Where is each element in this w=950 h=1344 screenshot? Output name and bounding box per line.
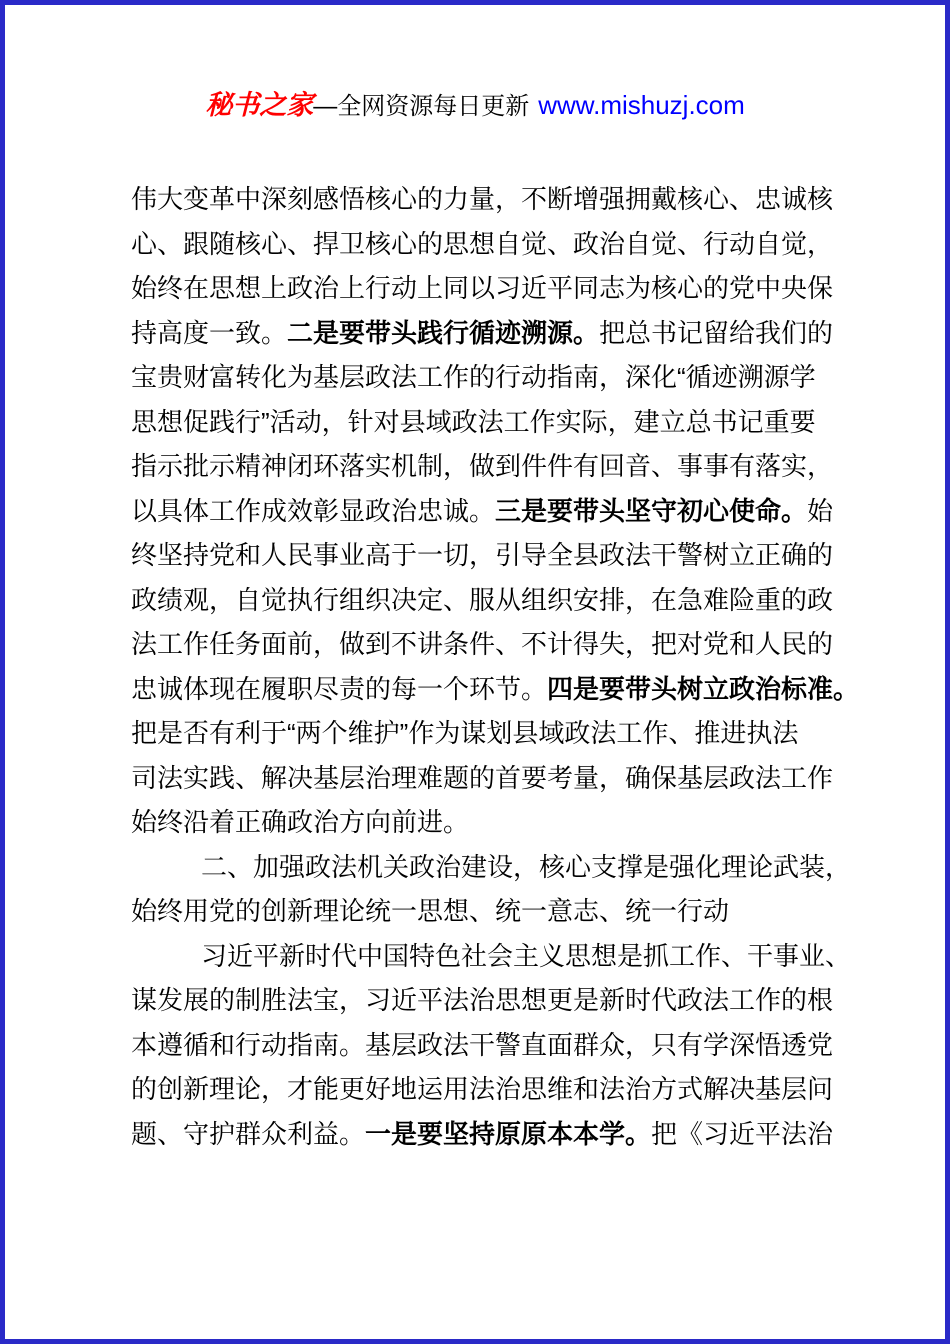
document-body: 伟大变革中深刻感悟核心的力量，不断增强拥戴核心、忠诚核心、跟随核心、捍卫核心的思… <box>131 177 847 1156</box>
text-line: 始终在思想上政治上行动上同以习近平同志为核心的党中央保 <box>131 266 847 311</box>
text-line: 指示批示精神闭环落实机制，做到件件有回音、事事有落实， <box>131 444 847 489</box>
text-line: 的创新理论，才能更好地运用法治思维和法治方式解决基层问 <box>131 1067 847 1112</box>
text-line: 以具体工作成效彰显政治忠诚。三是要带头坚守初心使命。始 <box>131 489 847 534</box>
text-line: 伟大变革中深刻感悟核心的力量，不断增强拥戴核心、忠诚核 <box>131 177 847 222</box>
text-line: 终坚持党和人民事业高于一切，引导全县政法干警树立正确的 <box>131 533 847 578</box>
text-line: 宝贵财富转化为基层政法工作的行动指南，深化“循迹溯源学 <box>131 355 847 400</box>
site-tagline: —全网资源每日更新 <box>313 93 529 120</box>
text-line: 把是否有利于“两个维护”作为谋划县域政法工作、推进执法 <box>131 711 847 756</box>
text-line: 题、守护群众利益。一是要坚持原原本本学。把《习近平法治 <box>131 1112 847 1157</box>
text-line: 谋发展的制胜法宝，习近平法治思想更是新时代政法工作的根 <box>131 978 847 1023</box>
page-header: 秘书之家—全网资源每日更新www.mishuzj.com <box>5 89 945 126</box>
text-line: 本遵循和行动指南。基层政法干警直面群众，只有学深悟透党 <box>131 1023 847 1068</box>
text-line: 法工作任务面前，做到不讲条件、不计得失，把对党和人民的 <box>131 622 847 667</box>
text-line: 持高度一致。二是要带头践行循迹溯源。把总书记留给我们的 <box>131 311 847 356</box>
site-url-link[interactable]: www.mishuzj.com <box>538 90 745 120</box>
text-line: 二、加强政法机关政治建设，核心支撑是强化理论武装， <box>131 845 847 890</box>
text-line: 思想促践行”活动，针对县域政法工作实际，建立总书记重要 <box>131 400 847 445</box>
site-brand: 秘书之家 <box>205 90 313 120</box>
text-line: 司法实践、解决基层治理难题的首要考量，确保基层政法工作 <box>131 756 847 801</box>
text-line: 忠诚体现在履职尽责的每一个环节。四是要带头树立政治标准。 <box>131 667 847 712</box>
text-line: 政绩观，自觉执行组织决定、服从组织安排，在急难险重的政 <box>131 578 847 623</box>
text-line: 心、跟随核心、捍卫核心的思想自觉、政治自觉、行动自觉， <box>131 222 847 267</box>
text-line: 始终用党的创新理论统一思想、统一意志、统一行动 <box>131 889 847 934</box>
text-line: 始终沿着正确政治方向前进。 <box>131 800 847 845</box>
text-line: 习近平新时代中国特色社会主义思想是抓工作、干事业、 <box>131 934 847 979</box>
document-page: 秘书之家—全网资源每日更新www.mishuzj.com 伟大变革中深刻感悟核心… <box>0 0 950 1344</box>
